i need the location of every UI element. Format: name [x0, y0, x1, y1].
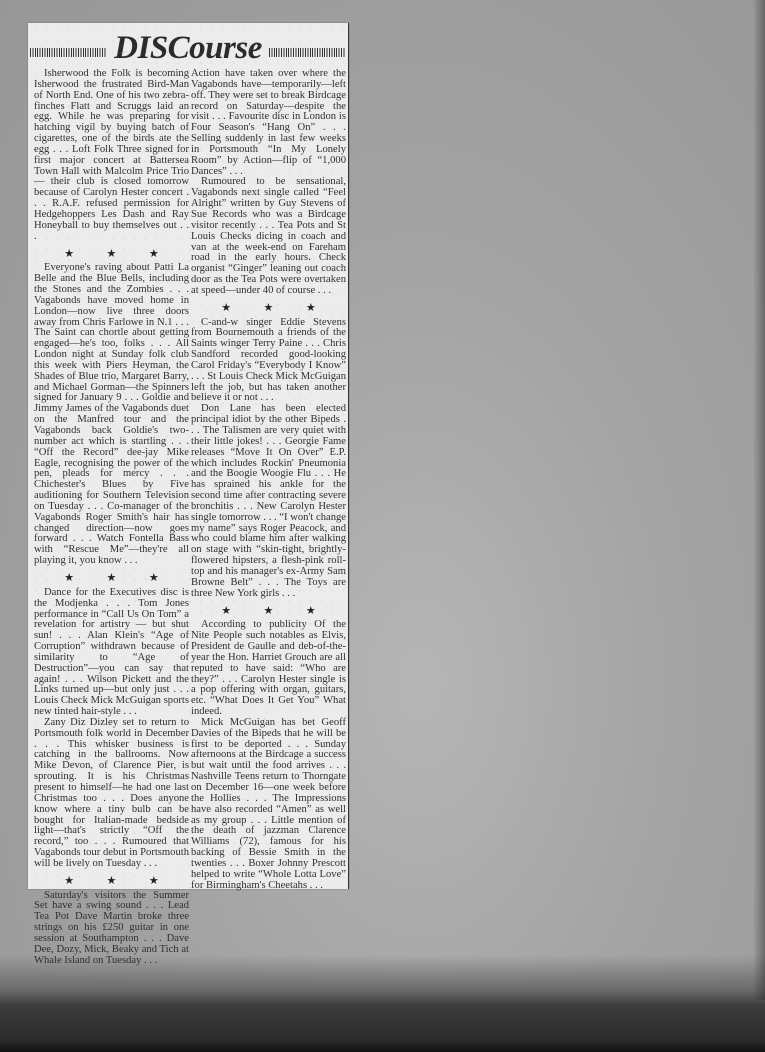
right-column: Action have taken over where the Vagabon…: [191, 69, 346, 891]
star-icon: ★: [107, 876, 117, 887]
star-divider: ★ ★ ★: [34, 243, 189, 264]
decorative-rule-left: [30, 48, 107, 57]
star-icon: ★: [306, 606, 316, 617]
star-icon: ★: [149, 876, 159, 887]
scanner-edge-shadow: [753, 0, 765, 1000]
column-masthead: DISCourse: [28, 27, 348, 69]
star-divider: ★ ★ ★: [191, 600, 346, 621]
paragraph: Saturday's visitors the Summer Set have …: [34, 891, 189, 967]
star-icon: ★: [149, 573, 159, 584]
star-divider: ★ ★ ★: [191, 297, 346, 318]
star-icon: ★: [64, 876, 74, 887]
paragraph: Dance for the Executives disc is the Mod…: [34, 588, 189, 718]
star-icon: ★: [149, 249, 159, 260]
star-icon: ★: [107, 249, 117, 260]
column-title: DISCourse: [111, 30, 265, 67]
star-icon: ★: [264, 606, 274, 617]
star-icon: ★: [306, 303, 316, 314]
paragraph: Everyone's raving about Patti La Belle a…: [34, 263, 189, 567]
star-divider: ★ ★ ★: [34, 870, 189, 891]
newspaper-clipping: DISCourse Isherwood the Folk is becoming…: [28, 23, 349, 889]
star-icon: ★: [221, 606, 231, 617]
paragraph: Don Lane has been elected principal idio…: [191, 404, 346, 599]
paragraph: Zany Diz Dizley set to return to Portsmo…: [34, 718, 189, 870]
decorative-rule-right: [269, 48, 346, 57]
star-icon: ★: [64, 249, 74, 260]
paragraph: C-and-w singer Eddie Stevens from Bourne…: [191, 318, 346, 405]
star-icon: ★: [221, 303, 231, 314]
paragraph: According to publicity Of the Nite Peopl…: [191, 620, 346, 718]
paragraph: Rumoured to be sensational, Vagabonds ne…: [191, 177, 346, 296]
paragraph: Mick McGuigan has bet Geoff Davies of th…: [191, 718, 346, 892]
star-icon: ★: [107, 573, 117, 584]
star-divider: ★ ★ ★: [34, 567, 189, 588]
star-icon: ★: [64, 573, 74, 584]
left-column: Isherwood the Folk is becoming Isherwood…: [34, 69, 189, 967]
paragraph: Action have taken over where the Vagabon…: [191, 69, 346, 177]
paragraph: Isherwood the Folk is becoming Isherwood…: [34, 69, 189, 243]
star-icon: ★: [264, 303, 274, 314]
